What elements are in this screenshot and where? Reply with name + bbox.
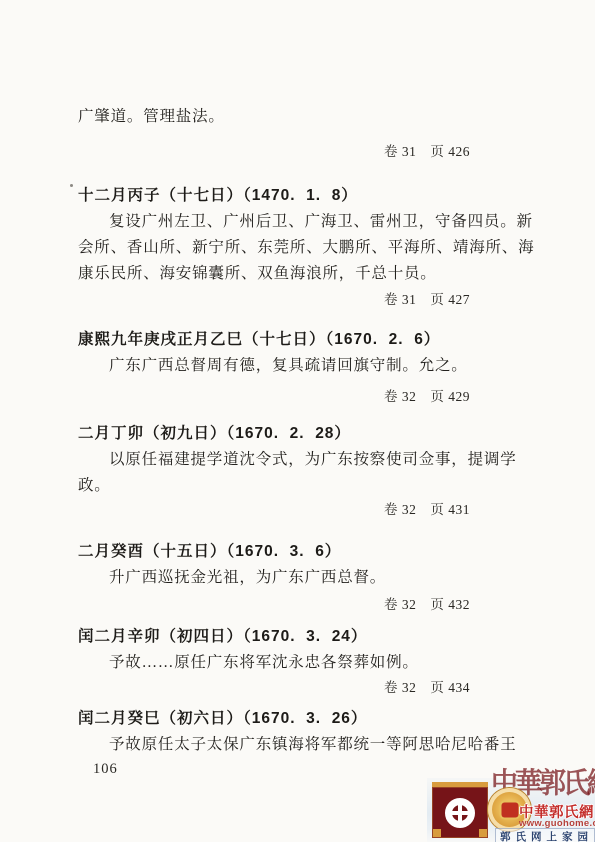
entry: 闰二月辛卯（初四日）（1670. 3. 24） 予故……原任广东将军沈永忠各祭葬…: [78, 624, 520, 698]
citation: 卷 32 页 432: [78, 594, 520, 615]
entry-heading: 十二月丙子（十七日）（1470. 1. 8）: [78, 183, 520, 209]
cross-icon: [449, 802, 471, 824]
body-line: 广肇道。管理盐法。: [78, 104, 520, 130]
body-line: 予故……原任广东将军沈永忠各祭葬如例。: [78, 650, 520, 676]
entry: 二月癸酉（十五日）（1670. 3. 6） 升广西巡抚金光祖，为广东广西总督。 …: [78, 539, 520, 615]
body-line: 升广西巡抚金光祖，为广东广西总督。: [78, 565, 520, 591]
entry-heading: 康熙九年庚戌正月乙巳（十七日）（1670. 2. 6）: [78, 327, 520, 353]
scanned-book-page: 广肇道。管理盐法。 卷 31 页 426 十二月丙子（十七日）（1470. 1.…: [0, 0, 595, 842]
page-content: 广肇道。管理盐法。 卷 31 页 426 十二月丙子（十七日）（1470. 1.…: [0, 0, 595, 780]
body-line: 予故原任太子太保广东镇海将军都统一等阿思哈尼哈番王: [78, 732, 520, 758]
citation: 卷 32 页 429: [78, 386, 520, 407]
seal-coin-icon: [488, 788, 531, 831]
body-line: 康乐民所、海安锦囊所、双鱼海浪所，千总十员。: [78, 261, 520, 287]
watermark-background: [427, 778, 595, 842]
brand-text: 中華郭氏網: [519, 801, 594, 822]
entry: 广肇道。管理盐法。 卷 31 页 426: [78, 104, 520, 162]
entry-heading: 闰二月辛卯（初四日）（1670. 3. 24）: [78, 624, 520, 650]
body-line: 复设广州左卫、广州后卫、广海卫、雷州卫，守备四员。新: [78, 209, 520, 235]
entry-heading: 二月癸酉（十五日）（1670. 3. 6）: [78, 539, 520, 565]
entry-heading: 二月丁卯（初九日）（1670. 2. 28）: [78, 421, 520, 447]
citation: 卷 32 页 434: [78, 677, 520, 698]
body-line: 会所、香山所、新宁所、东莞所、大鹏所、平海所、靖海所、海: [78, 235, 520, 261]
guo-clan-emblem-icon: [432, 782, 488, 838]
citation: 卷 31 页 427: [78, 289, 520, 310]
site-url: www.guohome.org: [519, 818, 595, 829]
citation: 卷 32 页 431: [78, 499, 520, 520]
entry-heading: 闰二月癸巳（初六日）（1670. 3. 26）: [78, 706, 520, 732]
entry: 十二月丙子（十七日）（1470. 1. 8） 复设广州左卫、广州后卫、广海卫、雷…: [78, 183, 520, 310]
page-number: 106: [93, 758, 520, 780]
entry: 康熙九年庚戌正月乙巳（十七日）（1670. 2. 6） 广东广西总督周有德，复具…: [78, 327, 520, 407]
entry: 闰二月癸巳（初六日）（1670. 3. 26） 予故原任太子太保广东镇海将军都统…: [78, 706, 520, 758]
body-line: 以原任福建提学道沈令式，为广东按察使司佥事，提调学: [78, 447, 520, 473]
ring-icon: [445, 798, 475, 828]
body-line: 政。: [78, 473, 520, 499]
tagline-text: 郭氏网上家园: [495, 828, 595, 842]
body-line: 广东广西总督周有德，复具疏请回旗守制。允之。: [78, 353, 520, 379]
citation: 卷 31 页 426: [78, 141, 520, 162]
entry: 二月丁卯（初九日）（1670. 2. 28） 以原任福建提学道沈令式，为广东按察…: [78, 421, 520, 520]
scan-speck: [70, 184, 73, 187]
